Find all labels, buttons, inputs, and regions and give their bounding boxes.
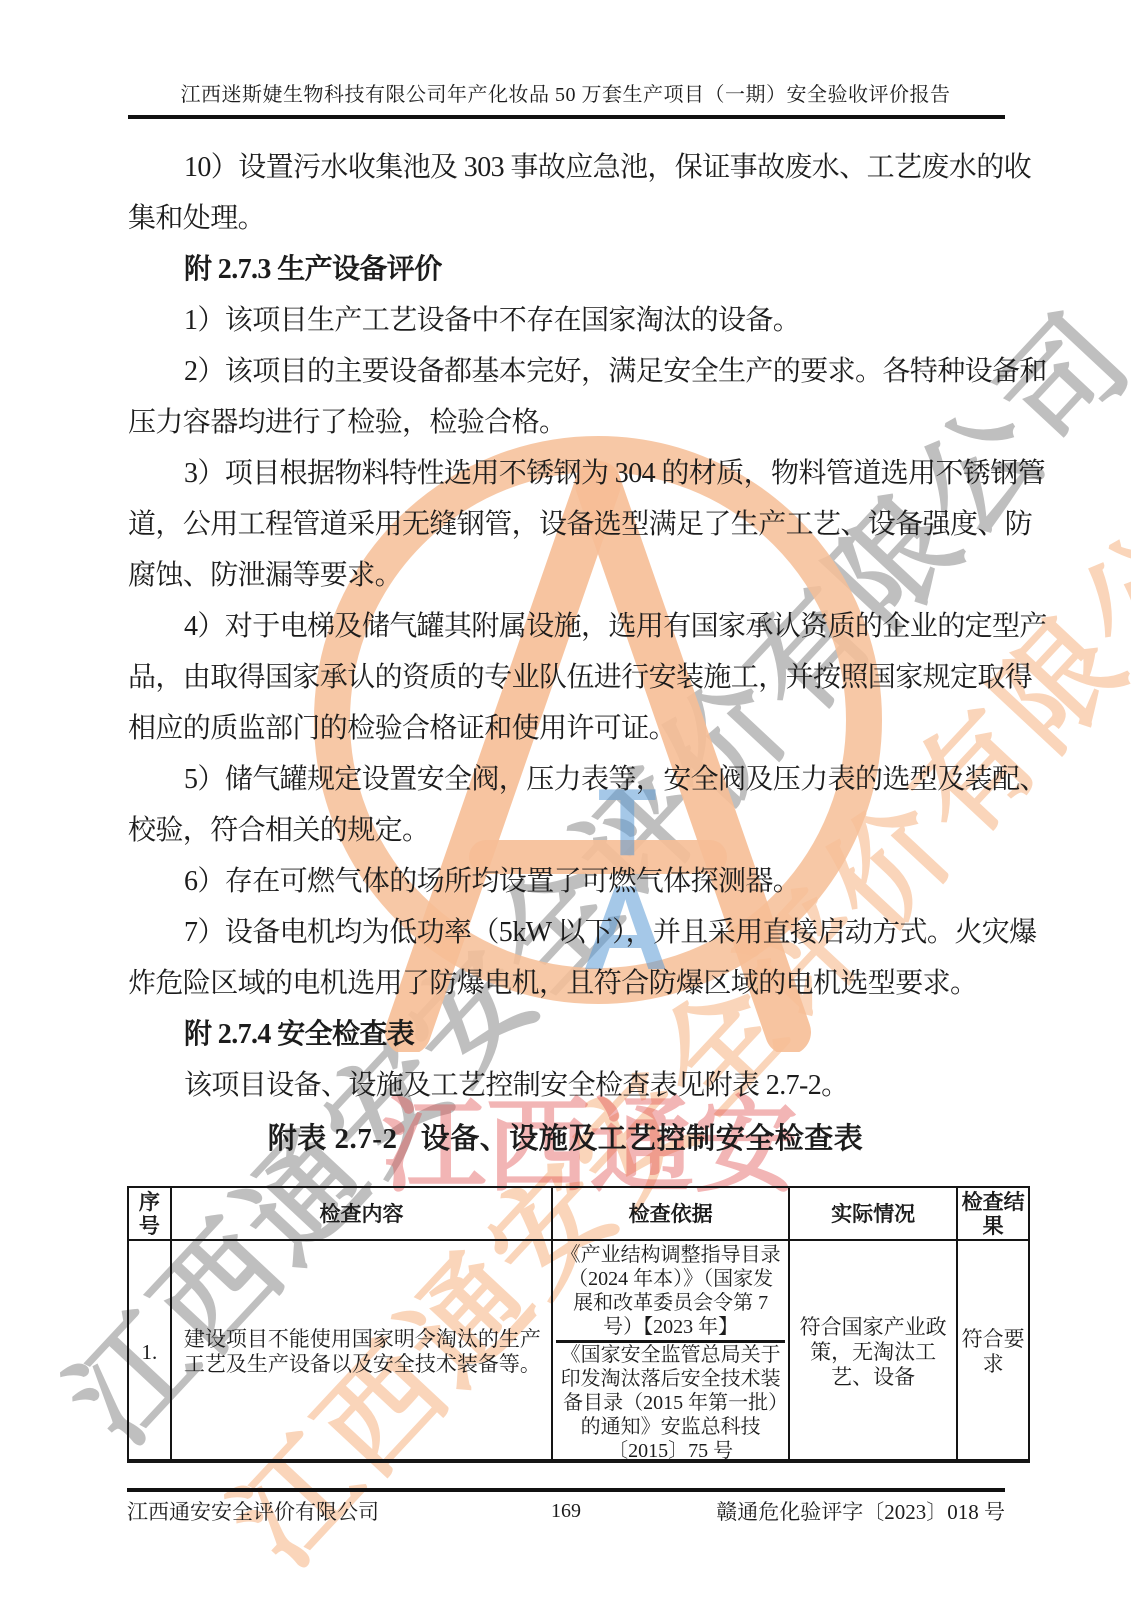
cell-basis-item-1: 《产业结构调整指导目录（2024 年本）》（国家发展和改革委员会令第 7 号）【… (556, 1241, 785, 1343)
body-text: 10）设置污水收集池及 303 事故应急池，保证事故废水、工艺废水的收集和处理。… (128, 142, 1006, 1111)
page-content: 江西迷斯婕生物科技有限公司年产化妆品 50 万套生产项目（一期）安全验收评价报告… (0, 0, 1131, 1600)
checklist-table: 序号 检查内容 检查依据 实际情况 检查结果 1. 建设项目不能使用国家明令淘汰… (127, 1186, 1030, 1463)
body-line: 腐蚀、防泄漏等要求。 (128, 550, 1006, 601)
cell-basis: 《产业结构调整指导目录（2024 年本）》（国家发展和改革委员会令第 7 号）【… (553, 1241, 790, 1463)
footer-company: 江西通安安全评价有限公司 (127, 1496, 551, 1526)
footer-rule (127, 1488, 1005, 1492)
table-title: 附表 2.7-2 设备、设施及工艺控制安全检查表 (0, 1116, 1131, 1157)
body-line: 6）存在可燃气体的场所均设置了可燃气体探测器。 (128, 856, 1006, 907)
footer-page-number: 169 (551, 1500, 581, 1523)
body-line: 炸危险区域的电机选用了防爆电机，且符合防爆区域的电机选型要求。 (128, 958, 1006, 1009)
cell-seq: 1. (129, 1241, 172, 1463)
page-footer: 江西通安安全评价有限公司 169 赣通危化验评字〔2023〕018 号 (127, 1496, 1005, 1526)
col-header-result: 检查结果 (958, 1188, 1028, 1239)
col-header-content: 检查内容 (172, 1188, 553, 1239)
body-line: 道，公用工程管道采用无缝钢管，设备选型满足了生产工艺、设备强度、防 (128, 499, 1006, 550)
body-line: 1）该项目生产工艺设备中不存在国家淘汰的设备。 (128, 295, 1006, 346)
body-line: 5）储气罐规定设置安全阀，压力表等，安全阀及压力表的选型及装配、 (128, 754, 1006, 805)
body-line: 校验，符合相关的规定。 (128, 805, 1006, 856)
body-line: 7）设备电机均为低功率（5kW 以下），并且采用直接启动方式。火灾爆 (128, 907, 1006, 958)
cell-basis-item-2: 《国家安全监管总局关于印发淘汰落后安全技术装备目录（2015 年第一批）的通知》… (556, 1343, 785, 1463)
col-header-basis: 检查依据 (553, 1188, 790, 1239)
body-line: 附 2.7.4 安全检查表 (128, 1009, 1006, 1060)
body-line: 品，由取得国家承认的资质的专业队伍进行安装施工，并按照国家规定取得 (128, 652, 1006, 703)
table-row: 1. 建设项目不能使用国家明令淘汰的生产工艺及生产设备以及安全技术装备等。 《产… (129, 1241, 1028, 1463)
body-line: 附 2.7.3 生产设备评价 (128, 244, 1006, 295)
body-line: 相应的质监部门的检验合格证和使用许可证。 (128, 703, 1006, 754)
body-line: 集和处理。 (128, 193, 1006, 244)
body-line: 10）设置污水收集池及 303 事故应急池，保证事故废水、工艺废水的收 (128, 142, 1006, 193)
body-line: 压力容器均进行了检验，检验合格。 (128, 397, 1006, 448)
header-rule (128, 115, 1005, 119)
body-line: 2）该项目的主要设备都基本完好，满足安全生产的要求。各特种设备和 (128, 346, 1006, 397)
footer-doc-number: 赣通危化验评字〔2023〕018 号 (581, 1496, 1005, 1526)
cell-result: 符合要求 (958, 1241, 1028, 1463)
cell-actual: 符合国家产业政策，无淘汰工艺、设备 (790, 1241, 958, 1463)
body-line: 4）对于电梯及储气罐其附属设施，选用有国家承认资质的企业的定型产 (128, 601, 1006, 652)
body-line: 3）项目根据物料特性选用不锈钢为 304 的材质，物料管道选用不锈钢管 (128, 448, 1006, 499)
col-header-seq: 序号 (129, 1188, 172, 1239)
col-header-actual: 实际情况 (790, 1188, 958, 1239)
table-header-row: 序号 检查内容 检查依据 实际情况 检查结果 (129, 1188, 1028, 1241)
page-header-title: 江西迷斯婕生物科技有限公司年产化妆品 50 万套生产项目（一期）安全验收评价报告 (0, 78, 1131, 107)
cell-content: 建设项目不能使用国家明令淘汰的生产工艺及生产设备以及安全技术装备等。 (172, 1241, 553, 1463)
body-line: 该项目设备、设施及工艺控制安全检查表见附表 2.7-2。 (128, 1060, 1006, 1111)
document-page: 江西通安安全评价有限公司 江西通安安全评价有限公司 T A 江西通安 江西迷斯婕… (0, 0, 1131, 1600)
